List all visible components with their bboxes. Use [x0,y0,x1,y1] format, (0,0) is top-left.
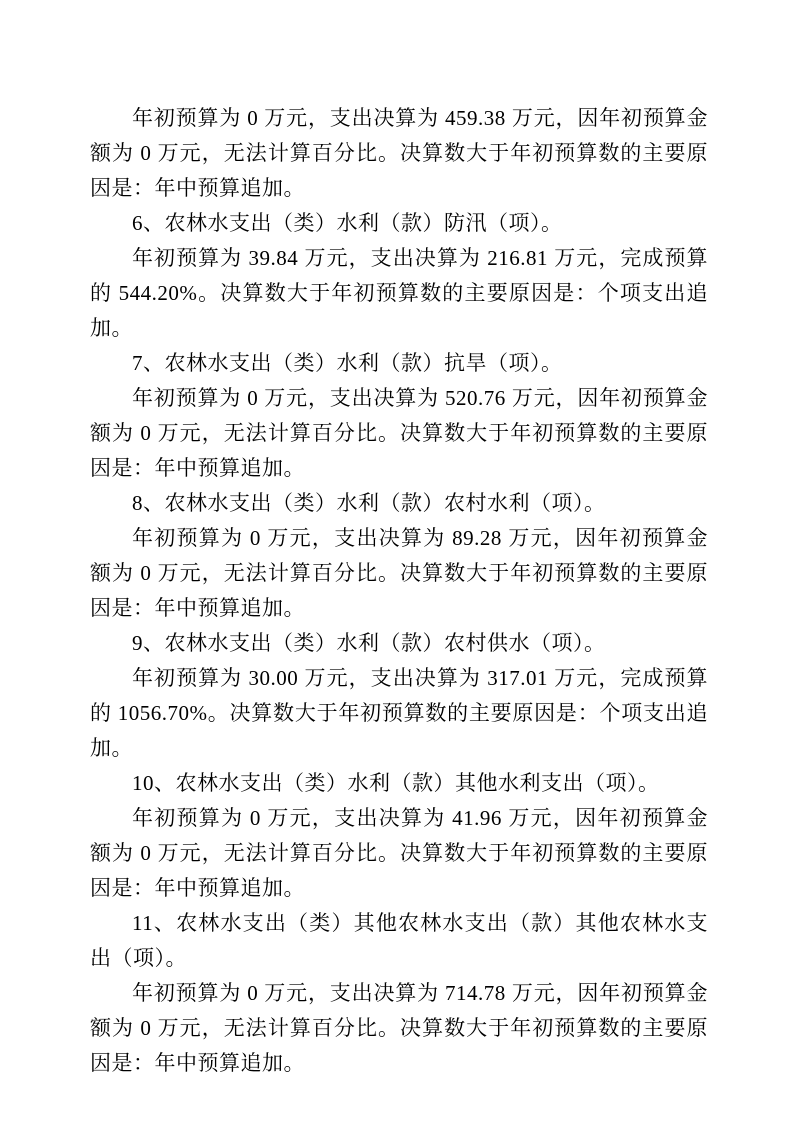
budget-item-7-heading: 7、农林水支出（类）水利（款）抗旱（项）。 [90,346,708,381]
budget-item-11-detail-paragraph: 年初预算为 0 万元，支出决算为 714.78 万元，因年初预算金额为 0 万元… [90,976,708,1081]
budget-item-10-heading: 10、农林水支出（类）水利（款）其他水利支出（项）。 [90,766,708,801]
budget-item-11-heading: 11、农林水支出（类）其他农林水支出（款）其他农林水支出（项）。 [90,906,708,976]
budget-item-5-detail-paragraph: 年初预算为 0 万元，支出决算为 459.38 万元，因年初预算金额为 0 万元… [90,101,708,206]
budget-item-7-detail-paragraph: 年初预算为 0 万元，支出决算为 520.76 万元，因年初预算金额为 0 万元… [90,381,708,486]
budget-item-6-detail-paragraph: 年初预算为 39.84 万元，支出决算为 216.81 万元，完成预算的 544… [90,241,708,346]
budget-item-10-detail-paragraph: 年初预算为 0 万元，支出决算为 41.96 万元，因年初预算金额为 0 万元，… [90,801,708,906]
budget-item-8-heading: 8、农林水支出（类）水利（款）农村水利（项）。 [90,486,708,521]
budget-item-9-heading: 9、农林水支出（类）水利（款）农村供水（项）。 [90,626,708,661]
budget-item-9-detail-paragraph: 年初预算为 30.00 万元，支出决算为 317.01 万元，完成预算的 105… [90,661,708,766]
budget-item-8-detail-paragraph: 年初预算为 0 万元，支出决算为 89.28 万元，因年初预算金额为 0 万元，… [90,521,708,626]
budget-item-6-heading: 6、农林水支出（类）水利（款）防汛（项）。 [90,206,708,241]
document-page: 年初预算为 0 万元，支出决算为 459.38 万元，因年初预算金额为 0 万元… [0,0,793,1122]
